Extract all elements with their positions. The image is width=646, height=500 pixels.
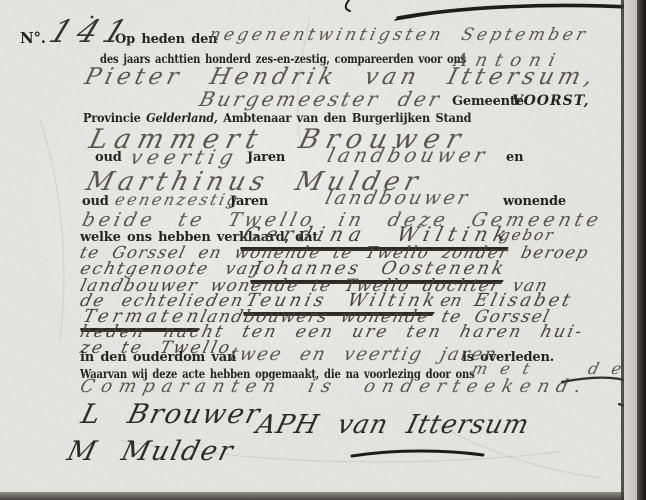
book-gutter (624, 0, 637, 500)
signature-underline (352, 451, 483, 456)
printed-jaren-2: Jaren (230, 194, 268, 209)
printed-oud-1: oud (95, 150, 122, 165)
record-number-label: N°. (20, 29, 46, 47)
handwritten-beroep-2: landbouwer (323, 187, 473, 209)
printed-en: en (506, 150, 523, 165)
signature-burgemeester: APH van Ittersum (253, 410, 533, 440)
printed-ouderdom: in den ouderdom van (80, 350, 236, 365)
paper-scratch-3 (40, 120, 64, 340)
printed-provincie-line: Provincie Gelderland, Ambtenaar van den … (83, 110, 471, 125)
handwritten-comparanten-onderteekend: Comparanten is onderteekend. (78, 376, 590, 397)
handwritten-date: negenentwintigsten September (207, 25, 590, 45)
printed-provincie-label: Provincie (83, 110, 141, 125)
printed-wonende: wonende (503, 194, 566, 209)
signature-brouwer: L Brouwer (78, 399, 265, 430)
handwritten-burgemeester-der: Burgemeester der (197, 87, 445, 111)
printed-provincie-name: Gelderland, (146, 110, 218, 125)
book-binding-shadow (637, 0, 646, 500)
handwritten-death-age: twee en veertig jaren (228, 344, 500, 365)
top-right-flourish-tail (395, 10, 466, 20)
printed-gemeente-name: VOORST, (512, 93, 590, 109)
top-center-ink-mark (346, 0, 350, 11)
handwritten-age-1: veertig (128, 145, 241, 169)
page-bottom-edge (0, 492, 646, 500)
printed-op-heden-den: Op heden den (115, 32, 217, 47)
printed-jaren-1: Jaren (247, 150, 285, 165)
top-right-flourish (398, 5, 644, 18)
handwritten-gebor: gebor (498, 226, 557, 244)
handwritten-age-2: eenenzestig (113, 190, 242, 209)
printed-ambtenaar: Ambtenaar van den Burgerlijken Stand (223, 110, 471, 125)
handwritten-beroep-1: landbouwer (325, 143, 491, 167)
death-certificate-scan: N°. 141 Op heden den negenentwintigsten … (0, 0, 646, 500)
signature-mulder: M Mulder (64, 436, 238, 467)
printed-oud-2: oud (82, 194, 109, 209)
